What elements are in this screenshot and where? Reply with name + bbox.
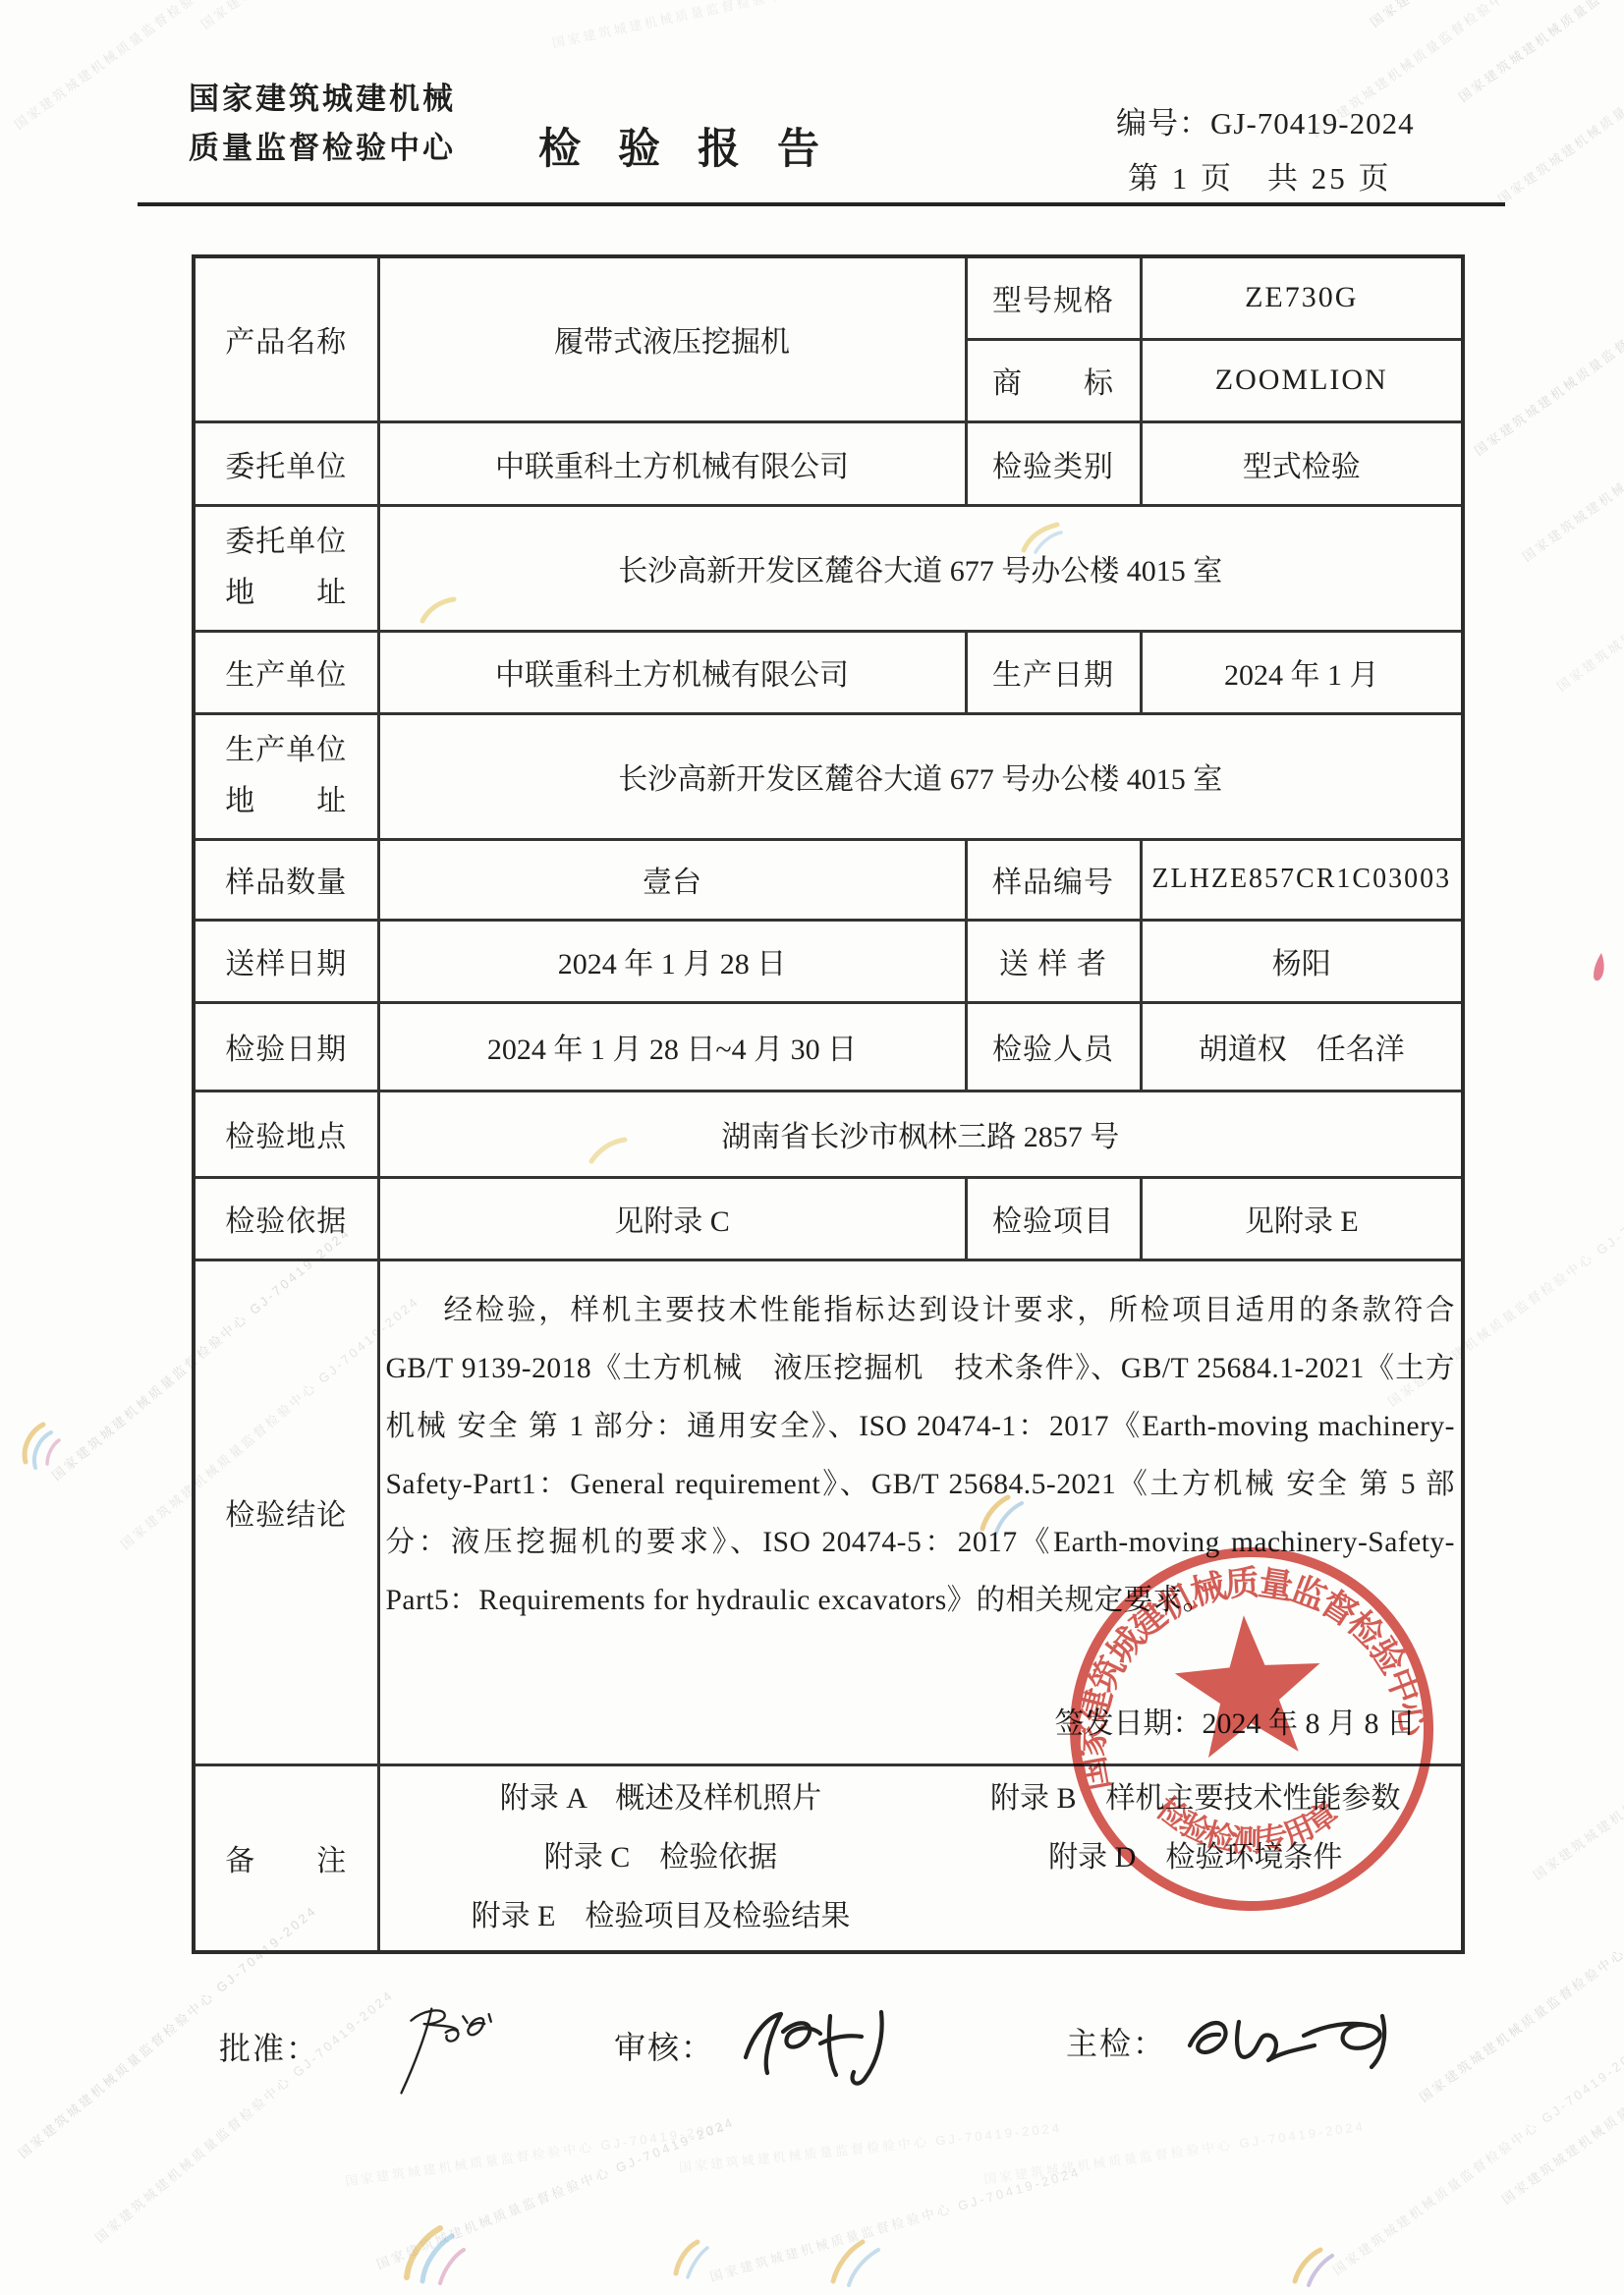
deliverer-label: 送 样 者 [966, 920, 1141, 1002]
watermark-text: 国家建筑城建机械质量监督检验中心 GJ-70419-2024 [678, 2117, 1063, 2176]
items-value: 见附录 E [1141, 1177, 1463, 1259]
inspection-date-value: 2024 年 1 月 28 日~4 月 30 日 [378, 1002, 966, 1091]
inspectors-label: 检验人员 [966, 1002, 1141, 1091]
client-value: 中联重科土方机械有限公司 [378, 421, 966, 505]
watermark-text: 国家建筑城建机械质量监督检验中心 GJ-70419-2024 [1518, 324, 1624, 566]
color-watermark-glyph [668, 2234, 709, 2281]
manufacturer-value: 中联重科土方机械有限公司 [378, 631, 966, 713]
prod-date-label: 生产日期 [966, 631, 1141, 713]
manufacturer-address-label: 生产单位 地 址 [194, 713, 378, 839]
sample-qty-label: 样品数量 [194, 839, 378, 920]
approve-signature [329, 2002, 575, 2091]
watermark-text: 国家建筑城建机械质量监督检验中心 GJ-70419-2024 [1497, 1967, 1624, 2209]
official-seal: 国家建筑城建机械质量监督检验中心 检验检测专用章 [1030, 1507, 1475, 1952]
table-row: 委托单位 地 址 长沙高新开发区麓谷大道 677 号办公楼 4015 室 [194, 505, 1463, 631]
client-label: 委托单位 [194, 421, 378, 505]
product-name-label: 产品名称 [194, 256, 378, 421]
basis-value: 见附录 C [378, 1177, 966, 1259]
brand-label: 商 标 [966, 339, 1141, 421]
chief-label: 主检： [1066, 2019, 1166, 2064]
manufacturer-address-value: 长沙高新开发区麓谷大道 677 号办公楼 4015 室 [378, 713, 1463, 839]
watermark-text: 国家建筑城建机械质量监督检验中心 GJ-70419-2024 [1493, 0, 1624, 207]
inspection-report-page: 国家建筑城建机械质量监督检验中心 GJ-70419-2024国家建筑城建机械质量… [0, 0, 1624, 2295]
items-label: 检验项目 [966, 1177, 1141, 1259]
red-ink-blob [1590, 951, 1607, 984]
page-info: 第 1 页 共 25 页 [1128, 153, 1392, 197]
review-signature [724, 1996, 930, 2095]
report-number: 编号：GJ-70419-2024 [1116, 98, 1415, 142]
table-row: 生产单位 地 址 长沙高新开发区麓谷大道 677 号办公楼 4015 室 [194, 713, 1463, 839]
approve-signature-block: 批准： [219, 2002, 575, 2091]
table-row: 检验地点 湖南省长沙市枫林三路 2857 号 [194, 1091, 1463, 1177]
org-name: 国家建筑城建机械 质量监督检验中心 [189, 75, 456, 173]
brand-value: ZOOMLION [1141, 339, 1463, 421]
conclusion-label: 检验结论 [194, 1259, 378, 1764]
approve-label: 批准： [219, 2024, 319, 2069]
seal-center-text: 检验检测专用章 [1148, 1778, 1351, 1866]
inspection-type-label: 检验类别 [966, 421, 1141, 505]
org-name-line2: 质量监督检验中心 [189, 124, 456, 173]
watermark-text: 国家建筑城建机械质量监督检验中心 GJ-70419-2024 [344, 2117, 728, 2189]
manufacturer-label: 生产单位 [194, 631, 378, 713]
watermark-text: 国家建筑城建机械质量监督检验中心 GJ-70419-2024 [1529, 1643, 1624, 1884]
watermark-text: 国家建筑城建机械质量监督检验中心 GJ-70419-2024 [1470, 218, 1624, 460]
watermark-text: 国家建筑城建机械质量监督检验中心 GJ-70419-2024 [373, 2111, 738, 2272]
model-value: ZE730G [1141, 256, 1463, 339]
sample-qty-value: 壹台 [378, 839, 966, 920]
inspection-type-value: 型式检验 [1141, 421, 1463, 505]
review-label: 审核： [614, 2023, 714, 2068]
product-name-value: 履带式液压挖掘机 [378, 256, 966, 421]
client-address-value: 长沙高新开发区麓谷大道 677 号办公楼 4015 室 [378, 505, 1463, 631]
watermark-text: 国家建筑城建机械质量监督检验中心 GJ-70419-2024 [196, 0, 519, 32]
basis-label: 检验依据 [194, 1177, 378, 1259]
appendix-item: 附录 C 检验依据 [386, 1839, 936, 1876]
sample-no-value: ZLHZE857CR1C03003 [1141, 839, 1463, 920]
prod-date-value: 2024 年 1 月 [1141, 631, 1463, 713]
table-row: 生产单位 中联重科土方机械有限公司 生产日期 2024 年 1 月 [194, 631, 1463, 713]
watermark-text: 国家建筑城建机械质量监督检验中心 GJ-70419-2024 [550, 0, 930, 52]
appendix-item: 附录 A 概述及样机照片 [386, 1780, 936, 1818]
watermark-text: 国家建筑城建机械质量监督检验中心 GJ-70419-2024 [707, 2161, 1083, 2285]
header-rule [138, 202, 1505, 206]
report-title: 检验报告 [422, 116, 973, 176]
table-row: 检验日期 2024 年 1 月 28 日~4 月 30 日 检验人员 胡道权 任… [194, 1002, 1463, 1091]
table-row: 检验依据 见附录 C 检验项目 见附录 E [194, 1177, 1463, 1259]
color-watermark-glyph [397, 2216, 472, 2289]
delivery-date-label: 送样日期 [194, 920, 378, 1002]
review-signature-block: 审核： [614, 1996, 930, 2095]
client-address-label: 委托单位 地 址 [194, 505, 378, 631]
table-row: 样品数量 壹台 样品编号 ZLHZE857CR1C03003 [194, 839, 1463, 920]
appendix-item: 附录 E 检验项目及检验结果 [386, 1898, 936, 1935]
watermark-text: 国家建筑城建机械质量监督检验中心 GJ-70419-2024 [1454, 0, 1624, 105]
signature-row: 批准： 审核： 主检： [192, 1973, 1469, 2120]
seal-star-icon [1171, 1610, 1326, 1760]
watermark-text: 国家建筑城建机械质量监督检验中心 GJ-70419-2024 [982, 2115, 1367, 2187]
remark-label: 备 注 [194, 1764, 378, 1952]
chief-signature [1176, 1994, 1412, 2089]
color-watermark-glyph [18, 1411, 63, 1472]
chief-signature-block: 主检： [1066, 1994, 1412, 2089]
location-value: 湖南省长沙市枫林三路 2857 号 [378, 1091, 1463, 1177]
org-name-line1: 国家建筑城建机械 [189, 75, 456, 124]
color-watermark-glyph [1289, 2244, 1336, 2289]
location-label: 检验地点 [194, 1091, 378, 1177]
delivery-date-value: 2024 年 1 月 28 日 [378, 920, 966, 1002]
deliverer-value: 杨阳 [1141, 920, 1463, 1002]
model-label: 型号规格 [966, 256, 1141, 339]
watermark-text: 国家建筑城建机械质量监督检验中心 GJ-70419-2024 [1552, 454, 1624, 696]
sample-no-label: 样品编号 [966, 839, 1141, 920]
inspectors-value: 胡道权 任名洋 [1141, 1002, 1463, 1091]
inspection-date-label: 检验日期 [194, 1002, 378, 1091]
table-row: 送样日期 2024 年 1 月 28 日 送 样 者 杨阳 [194, 920, 1463, 1002]
table-row: 产品名称 履带式液压挖掘机 型号规格 ZE730G [194, 256, 1463, 339]
table-row: 委托单位 中联重科土方机械有限公司 检验类别 型式检验 [194, 421, 1463, 505]
color-watermark-glyph [825, 2230, 888, 2291]
watermark-text: 国家建筑城建机械质量监督检验中心 GJ-70419-2024 [1366, 0, 1624, 30]
